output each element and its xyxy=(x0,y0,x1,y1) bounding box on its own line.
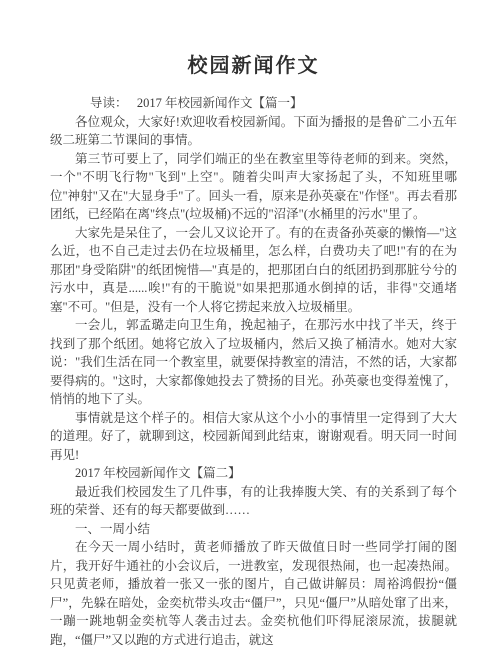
document-title: 校园新闻作文 xyxy=(50,52,457,80)
paragraph-conclusion: 事情就是这个样子的。相信大家从这个小小的事情里一定得到了大大的道理。好了，就聊到… xyxy=(50,409,457,465)
document-page: 校园新闻作文 导读： 2017 年校园新闻作文【篇一】 各位观众，大家好!欢迎收… xyxy=(0,0,500,647)
paragraph-story-3: 一会儿，郭孟璐走向卫生角，挽起袖子，在那污水中找了半天，终于找到了那个纸团。她将… xyxy=(50,316,457,409)
paragraph-intro: 各位观众，大家好!欢迎收看校园新闻。下面为播报的是鲁矿二小五年级二班第二节课间的… xyxy=(50,113,457,150)
paragraph-section2-intro: 最近我们校园发生了几件事，有的让我捧腹大笑、有的关系到了每个班的荣誉、还有的每天… xyxy=(50,483,457,520)
paragraph-lead: 导读： 2017 年校园新闻作文【篇一】 xyxy=(50,94,457,113)
paragraph-story-1: 第三节可要上了，同学们端正的坐在教室里等待老师的到来。突然，一个"不明飞行物"飞… xyxy=(50,150,457,224)
paragraph-story-2: 大家先是呆住了，一会儿又议论开了。有的在责备孙英豪的懒惰—"这么近，也不自己走过… xyxy=(50,224,457,317)
paragraph-section2-story: 在今天一周小结时，黄老师播放了昨天做值日时一些同学打闹的图片，我开好牛通社的小会… xyxy=(50,538,457,647)
paragraph-subheading-weekly-summary: 一、一周小结 xyxy=(50,520,457,539)
paragraph-section2-heading: 2017 年校园新闻作文【篇二】 xyxy=(50,464,457,483)
